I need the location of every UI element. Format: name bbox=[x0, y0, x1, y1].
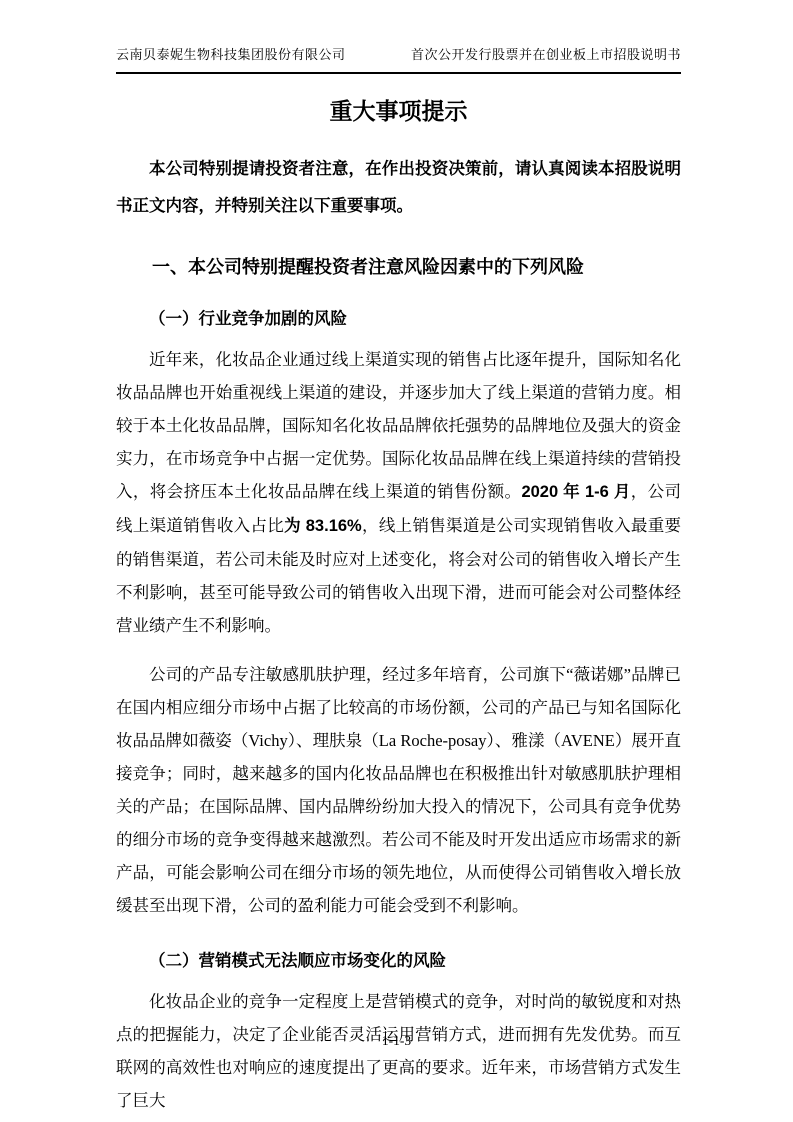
emphasis-text: 2020 年 1-6 月 bbox=[521, 483, 630, 501]
body-paragraph: 公司的产品专注敏感肌肤护理，经过多年培育，公司旗下“薇诺娜”品牌已在国内相应细分… bbox=[116, 658, 681, 922]
text-run: 公司的产品专注敏感肌肤护理，经过多年培育，公司旗下“薇诺娜”品牌已在国内相应细分… bbox=[116, 665, 681, 915]
text-run: 近年来，化妆品企业通过线上渠道实现的销售占比逐年提升，国际知名化妆品品牌也开始重… bbox=[116, 350, 681, 501]
prospectus-page: 云南贝泰妮生物科技集团股份有限公司 首次公开发行股票并在创业板上市招股说明书 重… bbox=[0, 0, 793, 1122]
header-company-name: 云南贝泰妮生物科技集团股份有限公司 bbox=[116, 46, 346, 63]
subsection-heading-1: （一）行业竞争加剧的风险 bbox=[116, 307, 681, 331]
header-document-title: 首次公开发行股票并在创业板上市招股说明书 bbox=[411, 46, 681, 63]
text-run: 化妆品企业的竞争一定程度上是营销模式的竞争，对时尚的敏锐度和对热点的把握能力，决… bbox=[116, 992, 681, 1110]
body-paragraph: 近年来，化妆品企业通过线上渠道实现的销售占比逐年提升，国际知名化妆品品牌也开始重… bbox=[116, 343, 681, 642]
page-footer: 1-1-3 bbox=[0, 1033, 793, 1049]
section-heading: 一、本公司特别提醒投资者注意风险因素中的下列风险 bbox=[116, 254, 681, 280]
emphasis-text: 为 83.16% bbox=[284, 517, 362, 535]
page-header: 云南贝泰妮生物科技集团股份有限公司 首次公开发行股票并在创业板上市招股说明书 bbox=[116, 46, 681, 74]
intro-paragraph: 本公司特别提请投资者注意，在作出投资决策前，请认真阅读本招股说明书正文内容，并特… bbox=[116, 151, 681, 225]
subsection-heading-2: （二）营销模式无法顺应市场变化的风险 bbox=[116, 949, 681, 973]
body-paragraph: 化妆品企业的竞争一定程度上是营销模式的竞争，对时尚的敏锐度和对热点的把握能力，决… bbox=[116, 985, 681, 1117]
page-number: 1-1-3 bbox=[382, 1033, 411, 1048]
page-title: 重大事项提示 bbox=[116, 96, 681, 126]
